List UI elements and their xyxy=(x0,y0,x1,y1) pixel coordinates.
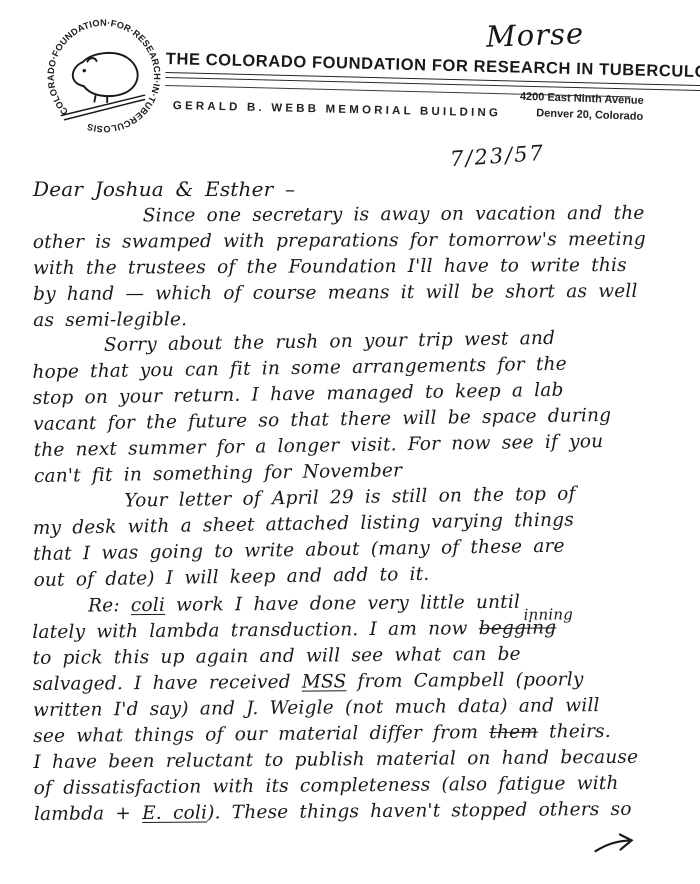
letter-body: Dear Joshua & Esther – Since one secreta… xyxy=(33,174,675,828)
letter-paragraph: Your letter of April 29 is still on the … xyxy=(32,480,676,594)
seal-circular-text: COLORADO·FOUNDATION·FOR·RESEARCH·IN·TUBE… xyxy=(46,18,162,134)
handwritten-text: other is swamped with preparations for t… xyxy=(33,229,646,253)
handwritten-text: theirs. xyxy=(538,721,611,743)
scanned-letter-page: COLORADO·FOUNDATION·FOR·RESEARCH·IN·TUBE… xyxy=(0,0,700,884)
underlined-text: E. coli xyxy=(142,802,207,824)
letter-line: lambda + E. coli). These things haven't … xyxy=(34,796,676,828)
handwritten-text: Your letter of April 29 is still on the … xyxy=(124,483,576,511)
strikethrough-text: begginginning xyxy=(479,617,557,639)
handwritten-text: ). These things haven't stopped others s… xyxy=(207,799,632,824)
letter-paragraph: Sorry about the rush on your trip west a… xyxy=(32,324,676,490)
handwritten-text: written I'd say) and J. Weigle (not much… xyxy=(33,695,600,721)
continuation-arrow-icon xyxy=(591,830,641,861)
letter-line: with the trustees of the Foundation I'll… xyxy=(33,253,675,282)
handwritten-text: Since one secretary is away on vacation … xyxy=(143,203,645,227)
underlined-text: coli xyxy=(131,595,165,616)
handwritten-text: to pick this up again and will see what … xyxy=(32,644,520,669)
handwritten-name-annotation: Morse xyxy=(485,16,584,53)
letter-line: other is swamped with preparations for t… xyxy=(33,227,675,256)
letter-line: by hand — which of course means it will … xyxy=(33,279,675,308)
letterhead-title-block: THE COLORADO FOUNDATION FOR RESEARCH IN … xyxy=(165,50,696,99)
handwritten-text: Sorry about the rush on your trip west a… xyxy=(104,328,555,356)
handwritten-text: see what things of our material differ f… xyxy=(33,722,489,747)
handwritten-text: of dissatisfaction with its completeness… xyxy=(34,773,619,799)
handwritten-text: lambda + xyxy=(34,803,142,825)
inserted-correction-text: inning xyxy=(524,601,574,627)
handwritten-text: as semi-legible. xyxy=(33,309,187,331)
handwritten-text: lately with lambda transduction. I am no… xyxy=(32,618,479,643)
handwritten-text: with the trustees of the Foundation I'll… xyxy=(33,255,627,279)
underlined-text: MSS xyxy=(302,671,347,692)
building-name: GERALD B. WEBB MEMORIAL BUILDING xyxy=(173,100,502,119)
handwritten-text: can't fit in something for November xyxy=(34,460,402,487)
handwritten-text: work I have done very little until xyxy=(165,592,520,616)
letter-paragraph: Re: coli work I have done very little un… xyxy=(32,588,676,828)
handwritten-date: 7/23/57 xyxy=(449,141,545,172)
handwritten-text: that I was going to write about (many of… xyxy=(33,536,565,565)
handwritten-text: from Campbell (poorly xyxy=(346,669,583,692)
handwritten-text: I have been reluctant to publish materia… xyxy=(33,747,638,773)
handwritten-text: Re: xyxy=(88,595,131,616)
handwritten-text: out of date) I will keep and add to it. xyxy=(33,564,429,591)
letter-line: Since one secretary is away on vacation … xyxy=(33,201,675,230)
guinea-pig-drawing xyxy=(61,53,144,120)
strikethrough-text: them xyxy=(489,722,538,743)
handwritten-text: salvaged. I have received xyxy=(33,672,302,695)
handwritten-text: by hand — which of course means it will … xyxy=(33,281,638,305)
letter-paragraph: Since one secretary is away on vacation … xyxy=(33,201,676,334)
foundation-seal: COLORADO·FOUNDATION·FOR·RESEARCH·IN·TUBE… xyxy=(40,12,168,140)
address-block: 4200 East Ninth Avenue Denver 20, Colora… xyxy=(477,88,644,125)
salutation: Dear Joshua & Esther – xyxy=(33,174,675,204)
